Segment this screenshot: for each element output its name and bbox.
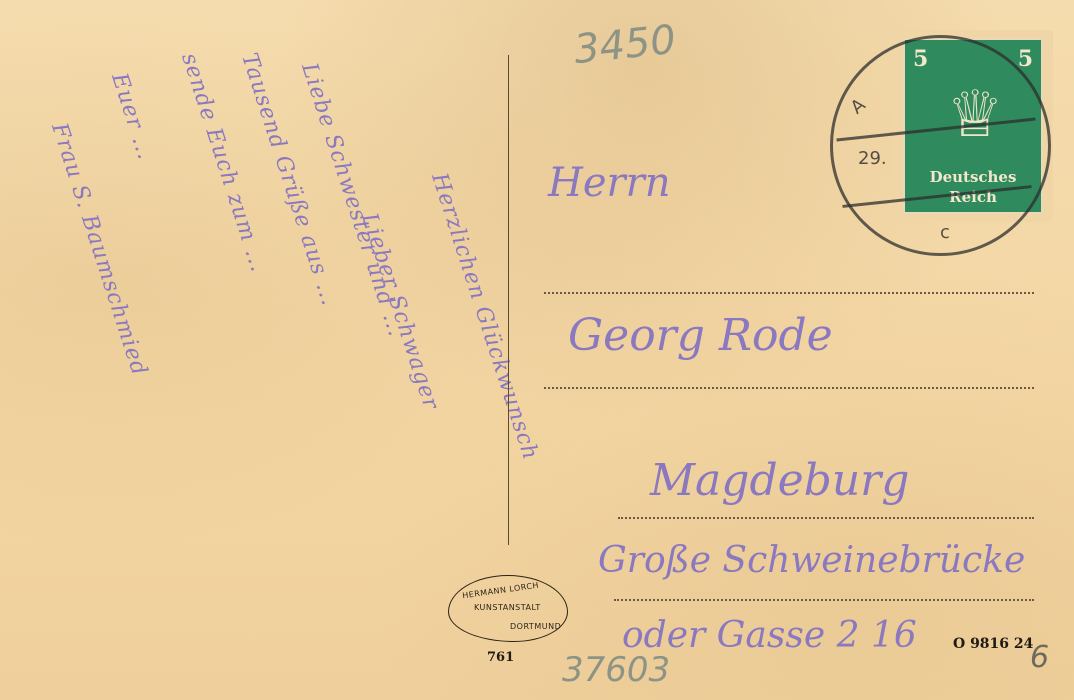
message-line: Liebe Schwester und ... [296, 60, 408, 340]
publisher-line2: KUNSTANSTALT [474, 603, 541, 612]
address-city: Magdeburg [650, 455, 909, 506]
address-street-2: oder Gasse 2 16 [622, 615, 917, 656]
address-line-3 [618, 517, 1034, 519]
handwritten-message: Herzlichen Glückwunsch Lieber Schwager L… [20, 30, 500, 690]
address-line-1 [544, 292, 1034, 294]
message-line: Euer ... [106, 70, 158, 163]
publisher-number: 761 [487, 650, 514, 665]
address-street-1: Große Schweinebrücke [598, 540, 1025, 581]
address-name: Georg Rode [568, 310, 833, 361]
postmark-date: 29. [858, 148, 887, 169]
postcard: Herzlichen Glückwunsch Lieber Schwager L… [0, 0, 1074, 700]
message-line: Herzlichen Glückwunsch [426, 170, 543, 463]
address-line-4 [614, 599, 1034, 601]
postmark-letter: c [940, 222, 950, 243]
catalog-code: O 9816 24 [953, 636, 1033, 652]
publisher-city: DORTMUND [510, 622, 561, 631]
address-salutation: Herrn [548, 160, 671, 206]
address-line-2 [544, 387, 1034, 389]
pencil-note-bottom: 37603 [562, 650, 670, 690]
center-divider [508, 55, 509, 545]
pencil-note-top: 3450 [572, 17, 678, 73]
